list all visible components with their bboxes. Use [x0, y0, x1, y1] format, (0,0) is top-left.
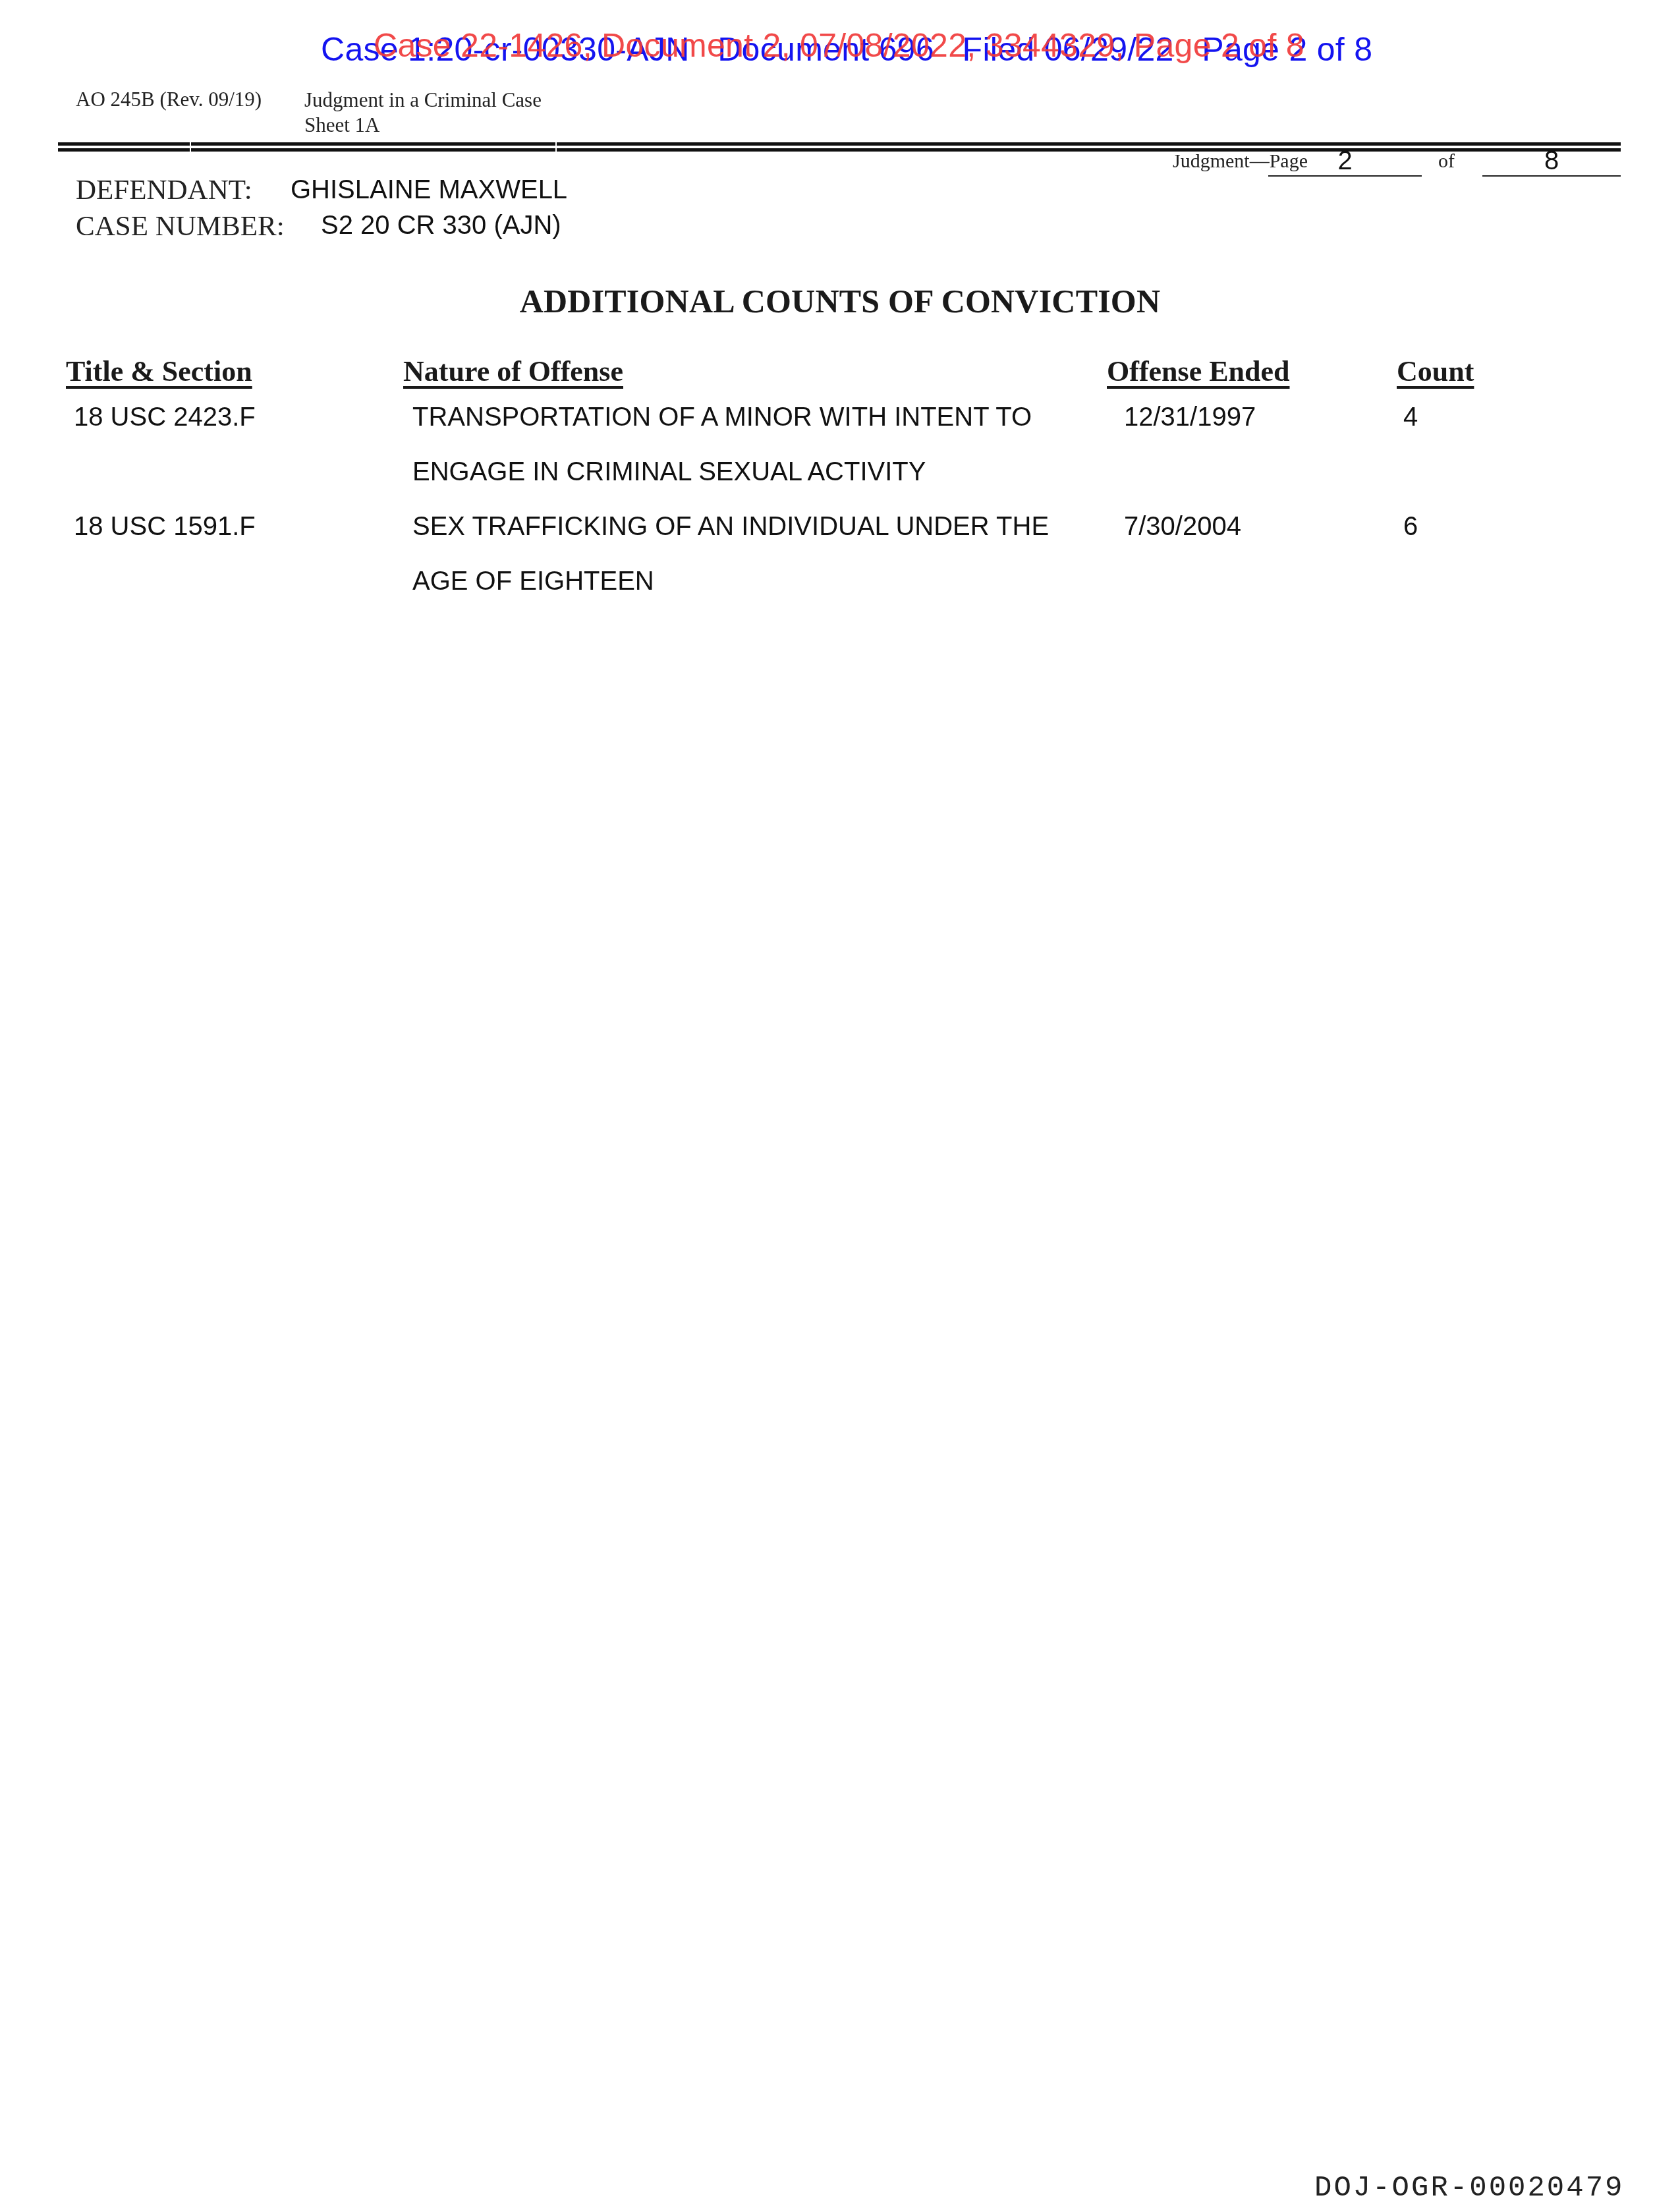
defendant-name: GHISLAINE MAXWELL [291, 175, 567, 205]
page-total-underline [1482, 175, 1621, 177]
judgment-page-total: 8 [1482, 146, 1621, 176]
section-title: ADDITIONAL COUNTS OF CONVICTION [0, 282, 1680, 320]
column-header-title-section: Title & Section [66, 354, 252, 388]
count-cell: 4 [1403, 404, 1418, 430]
nature-of-offense-cell-continued: ENGAGE IN CRIMINAL SEXUAL ACTIVITY [412, 459, 926, 485]
judgment-page-of-label: of [1438, 150, 1455, 173]
form-description-line1: Judgment in a Criminal Case [304, 88, 542, 113]
offense-ended-cell: 12/31/1997 [1124, 404, 1256, 430]
nature-of-offense-cell: SEX TRAFFICKING OF AN INDIVIDUAL UNDER T… [412, 513, 1049, 540]
nature-of-offense-cell-continued: AGE OF EIGHTEEN [412, 568, 654, 594]
case-number-value: S2 20 CR 330 (AJN) [321, 211, 561, 241]
rule-separator [555, 141, 557, 153]
form-description: Judgment in a Criminal Case Sheet 1A [304, 88, 542, 138]
bates-number: DOJ-OGR-00020479 [1314, 2172, 1624, 2205]
count-cell: 6 [1403, 513, 1418, 540]
title-section-cell: 18 USC 2423.F [74, 404, 256, 430]
defendant-label: DEFENDANT: [76, 174, 252, 206]
column-header-offense-ended: Offense Ended [1107, 354, 1289, 388]
form-description-line2: Sheet 1A [304, 113, 542, 138]
nature-of-offense-cell: TRANSPORTATION OF A MINOR WITH INTENT TO [412, 404, 1032, 430]
header-rule-top [58, 142, 1621, 146]
page-current-underline [1268, 175, 1422, 177]
judgment-page-current: 2 [1268, 146, 1422, 176]
column-header-nature-of-offense: Nature of Offense [403, 354, 623, 388]
rule-separator [190, 141, 191, 153]
column-header-count: Count [1397, 354, 1474, 388]
form-id: AO 245B (Rev. 09/19) [76, 88, 262, 111]
case-number-label: CASE NUMBER: [76, 210, 285, 242]
appeals-court-filing-stamp: Case 22-1426, Document 2, 07/08/2022, 33… [374, 29, 1304, 62]
offense-ended-cell: 7/30/2004 [1124, 513, 1241, 540]
title-section-cell: 18 USC 1591.F [74, 513, 256, 540]
